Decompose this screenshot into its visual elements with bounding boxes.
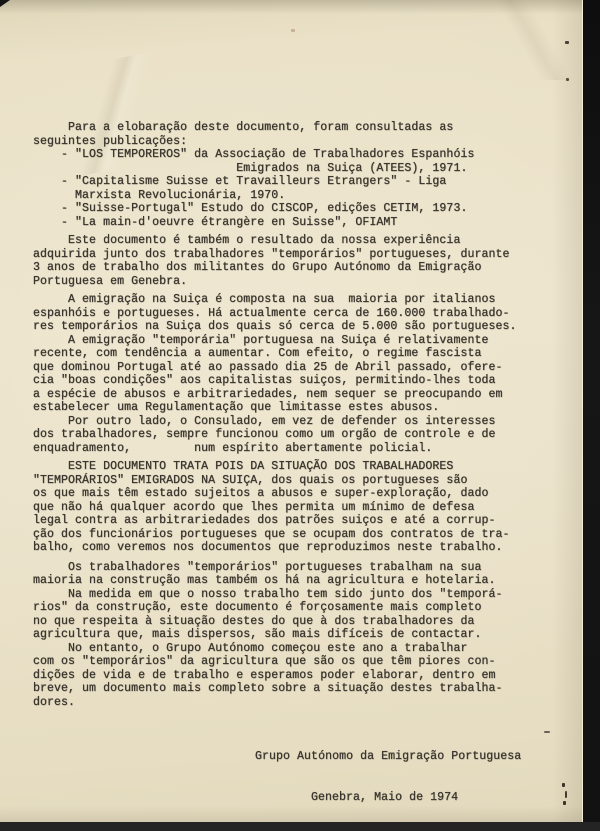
signature-place-date: Genebra, Maio de 1974 bbox=[255, 791, 573, 805]
scan-edge-right bbox=[582, 0, 600, 831]
paper-speck bbox=[565, 791, 567, 798]
document-text: Para a elobaração deste documento, foram… bbox=[33, 121, 573, 831]
paper-speck bbox=[563, 801, 566, 805]
signature-block: Grupo Autónomo da Emigração Portuguesa G… bbox=[255, 723, 573, 831]
paragraph-experience: Este documento é também o resultado da n… bbox=[33, 234, 573, 288]
paper-speck bbox=[291, 29, 295, 32]
paper-speck bbox=[566, 78, 569, 81]
paragraph-emigration: A emigração na Suiça é composta na sua m… bbox=[33, 293, 573, 455]
paragraph-document-subject: ESTE DOCUMENTO TRATA POIS DA SITUAÇÃO DO… bbox=[33, 460, 573, 555]
scan-edge-bottom bbox=[0, 822, 600, 831]
signature-organization: Grupo Autónomo da Emigração Portuguesa bbox=[255, 750, 573, 764]
paragraph-sources: Para a elobaração deste documento, foram… bbox=[33, 121, 573, 229]
paper-crease bbox=[430, 0, 600, 80]
paper-speck bbox=[544, 731, 550, 733]
paper-speck bbox=[565, 41, 569, 44]
paper-speck bbox=[562, 783, 565, 787]
paragraph-sectors: Os trabalhadores "temporários" portugues… bbox=[33, 561, 573, 710]
scanned-page: Para a elobaração deste documento, foram… bbox=[0, 0, 600, 831]
